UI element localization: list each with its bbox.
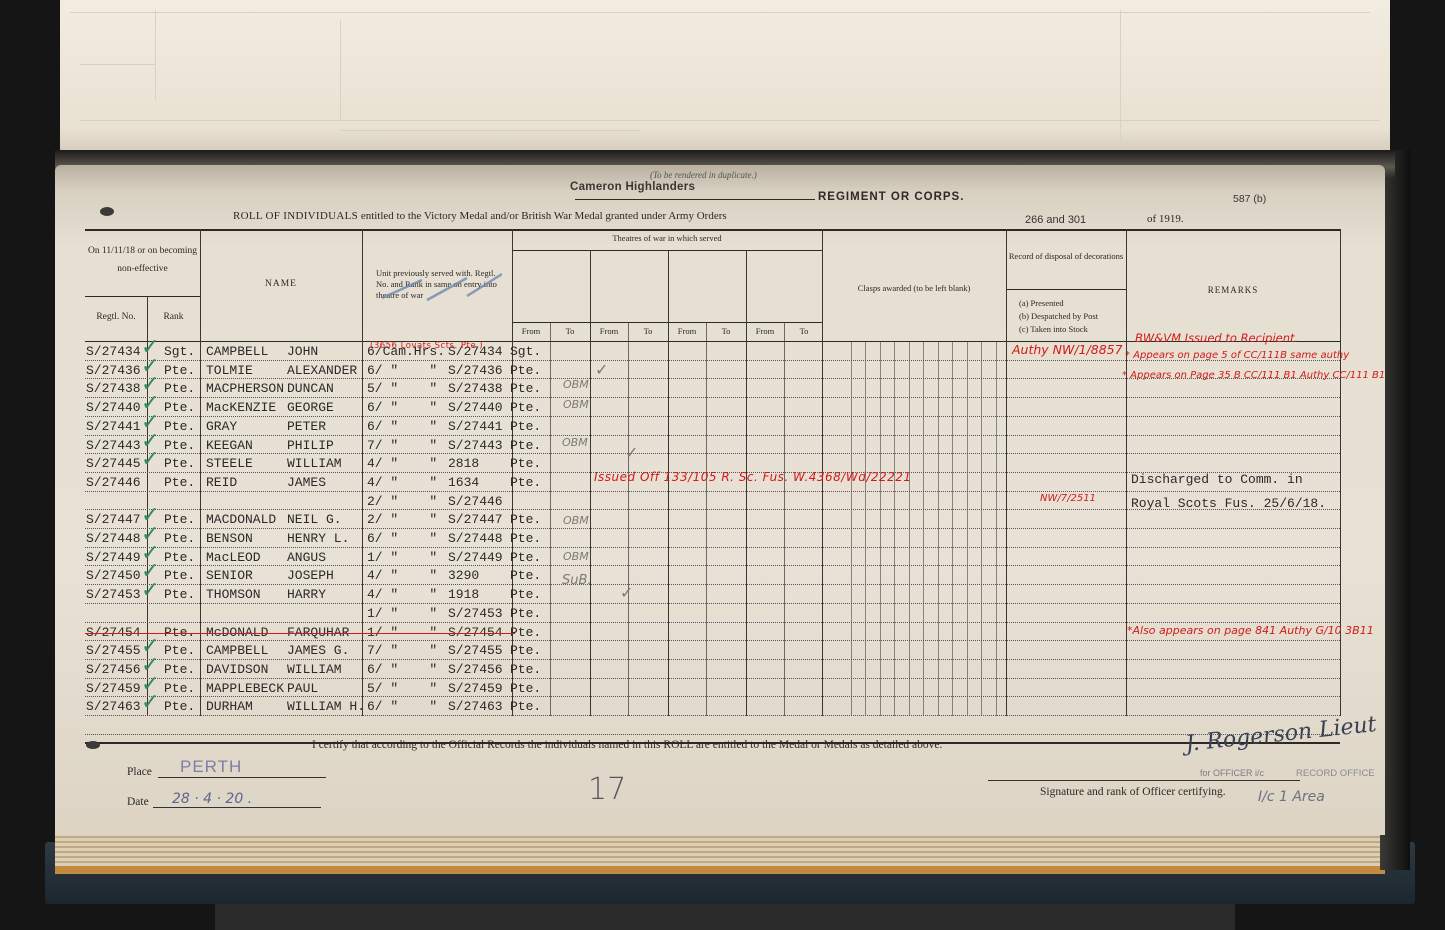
unit-rank: Pte. bbox=[510, 418, 541, 436]
roll-title-bold: ROLL OF INDIVIDUALS bbox=[233, 210, 358, 222]
unit-rank: Pte. bbox=[510, 399, 541, 417]
unit-rank: Pte. bbox=[510, 362, 541, 380]
surname: MACDONALD bbox=[206, 511, 276, 529]
forename: DUNCAN bbox=[287, 380, 334, 398]
regiment-underline bbox=[575, 199, 815, 200]
forename: HENRY L. bbox=[287, 530, 349, 548]
rank: Pte. bbox=[164, 642, 195, 660]
forename: HARRY bbox=[287, 586, 326, 604]
header-theatres: Theatres of war in which served bbox=[512, 233, 822, 243]
table-row: S/27440Pte.MacKENZIEGEORGE6/ " "S/27440P… bbox=[0, 399, 1445, 417]
date-label: Date bbox=[127, 796, 149, 808]
table-row: S/27456Pte.DAVIDSONWILLIAM6/ " "S/27456P… bbox=[0, 661, 1445, 679]
header-non-effective: On 11/11/18 or on becoming non-effective bbox=[85, 242, 200, 278]
reid-issue-line-2: NW/7/2511 bbox=[1040, 493, 1096, 504]
rank: Pte. bbox=[164, 399, 195, 417]
unit: 4/ " " bbox=[367, 567, 437, 585]
header-from: From bbox=[512, 326, 550, 336]
unit-number: S/27453 bbox=[448, 605, 503, 623]
rank: Pte. bbox=[164, 661, 195, 679]
row-rule bbox=[85, 734, 1340, 735]
regtl-no: S/27449 bbox=[86, 549, 141, 567]
pencil-mark: OBM bbox=[563, 398, 589, 411]
regtl-no: S/27446 bbox=[86, 474, 141, 492]
table-row: 1/ " "S/27453Pte. bbox=[0, 605, 1445, 623]
unit: 7/ " " bbox=[367, 437, 437, 455]
rank: Pte. bbox=[164, 698, 195, 716]
army-orders-numbers: 266 and 301 bbox=[1025, 214, 1086, 226]
unit-rank: Pte. bbox=[510, 567, 541, 585]
pencil-mark: SuB. bbox=[562, 573, 592, 588]
reid-issue-line: Issued Off 133/105 R. Sc. Fus. W.4368/Wd… bbox=[594, 470, 912, 484]
table-row: S/27459Pte.MAPPLEBECKPAUL5/ " "S/27459Pt… bbox=[0, 680, 1445, 698]
rank: Pte. bbox=[164, 455, 195, 473]
place-line bbox=[158, 777, 326, 778]
date-line bbox=[153, 807, 321, 808]
unit: 1/ " " bbox=[367, 605, 437, 623]
table-row: S/27441Pte.GRAYPETER6/ " "S/27441Pte.✓ bbox=[0, 418, 1445, 436]
binding-hole bbox=[100, 207, 114, 216]
surname: GRAY bbox=[206, 418, 237, 436]
unit-number: S/27438 bbox=[448, 380, 503, 398]
surname: CAMPBELL bbox=[206, 343, 268, 361]
unit-number: S/27463 bbox=[448, 698, 503, 716]
unit-number: 2818 bbox=[448, 455, 479, 473]
rank: Pte. bbox=[164, 549, 195, 567]
roll-title: ROLL OF INDIVIDUALS entitled to the Vict… bbox=[233, 210, 727, 222]
page-reference: 587 (b) bbox=[1233, 193, 1266, 205]
stamp-officer: for OFFICER i/c bbox=[1200, 768, 1264, 778]
surname: MacKENZIE bbox=[206, 399, 276, 417]
reid-remark-line-2: Royal Scots Fus. 25/6/18. bbox=[1131, 496, 1326, 511]
unit: 6/ " " bbox=[367, 698, 437, 716]
unit: 2/ " " bbox=[367, 493, 437, 511]
unit: 5/ " " bbox=[367, 680, 437, 698]
unit-number: S/27447 bbox=[448, 511, 503, 529]
unit: 6/ " " bbox=[367, 661, 437, 679]
date-value: 28 · 4 · 20 . bbox=[172, 791, 252, 807]
unit-rank: Pte. bbox=[510, 455, 541, 473]
regtl-no: S/27434 bbox=[86, 343, 141, 361]
unit-number: S/27443 bbox=[448, 437, 503, 455]
unit-number: S/27456 bbox=[448, 661, 503, 679]
pencil-mark: OBM bbox=[563, 550, 589, 563]
unit-rank: Pte. bbox=[510, 698, 541, 716]
signature-note: I/c 1 Area bbox=[1258, 789, 1325, 805]
unit-rank: Pte. bbox=[510, 605, 541, 623]
mcdonald-remark: *Also appears on page 841 Authy G/10 3B1… bbox=[1127, 624, 1374, 637]
pencil-tick-icon: ✓ bbox=[625, 443, 638, 462]
unit: 6/ " " bbox=[367, 530, 437, 548]
regtl-no: S/27436 bbox=[86, 362, 141, 380]
surname: CAMPBELL bbox=[206, 642, 268, 660]
unit-number: S/27440 bbox=[448, 399, 503, 417]
unit-rank: Pte. bbox=[510, 380, 541, 398]
surname: STEELE bbox=[206, 455, 253, 473]
surname: SENIOR bbox=[206, 567, 253, 585]
campbell-authority: Authy NW/1/8857 bbox=[1012, 342, 1123, 357]
unit-number: S/27448 bbox=[448, 530, 503, 548]
check-tick-icon: ✓ bbox=[141, 692, 159, 714]
unit-number: 3290 bbox=[448, 567, 479, 585]
header-name: NAME bbox=[200, 275, 362, 293]
forename: PAUL bbox=[287, 680, 318, 698]
rank: Pte. bbox=[164, 380, 195, 398]
rank: Pte. bbox=[164, 680, 195, 698]
surname: MACPHERSON bbox=[206, 380, 284, 398]
rank: Pte. bbox=[164, 437, 195, 455]
surname: MacLEOD bbox=[206, 549, 261, 567]
unit-number: S/27449 bbox=[448, 549, 503, 567]
unit: 7/ " " bbox=[367, 642, 437, 660]
header-rank: Rank bbox=[147, 308, 200, 326]
table-row: S/27447Pte.MACDONALDNEIL G.2/ " "S/27447… bbox=[0, 511, 1445, 529]
unit-rank: Pte. bbox=[510, 642, 541, 660]
forename: PETER bbox=[287, 418, 326, 436]
table-top-rule bbox=[85, 229, 1340, 231]
unit: 2/ " " bbox=[367, 511, 437, 529]
unit: 6/ " " bbox=[367, 399, 437, 417]
roll-title-rest: entitled to the Victory Medal and/or Bri… bbox=[361, 210, 727, 222]
unit-number: 1918 bbox=[448, 586, 479, 604]
check-tick-icon: ✓ bbox=[141, 580, 159, 602]
duplicate-note: (To be rendered in duplicate.) bbox=[650, 170, 757, 180]
surname: TOLMIE bbox=[206, 362, 253, 380]
unit-rank: Pte. bbox=[510, 474, 541, 492]
pencil-mark: OBM bbox=[563, 514, 589, 527]
unit-number: 1634 bbox=[448, 474, 479, 492]
regtl-no: S/27447 bbox=[86, 511, 141, 529]
subheader-rule bbox=[85, 296, 200, 297]
pencil-tick-icon: ✓ bbox=[595, 360, 608, 379]
header-from: From bbox=[590, 326, 628, 336]
rank: Pte. bbox=[164, 362, 195, 380]
unit: 5/ " " bbox=[367, 380, 437, 398]
header-remarks: REMARKS bbox=[1126, 285, 1340, 295]
stamp-record-office: RECORD OFFICE bbox=[1296, 768, 1375, 779]
from-to-rule bbox=[512, 322, 822, 323]
disposal-rule bbox=[1006, 289, 1126, 290]
regtl-no: S/27459 bbox=[86, 680, 141, 698]
forename: PHILIP bbox=[287, 437, 334, 455]
forename: JOSEPH bbox=[287, 567, 334, 585]
unit-rank: Pte. bbox=[510, 586, 541, 604]
header-from: From bbox=[668, 326, 706, 336]
unit-number: S/27446 bbox=[448, 493, 503, 511]
regiment-name: Cameron Highlanders bbox=[570, 181, 695, 193]
forename: JAMES G. bbox=[287, 642, 349, 660]
rank: Pte. bbox=[164, 586, 195, 604]
surname: MAPPLEBECK bbox=[206, 680, 284, 698]
rank: Pte. bbox=[164, 530, 195, 548]
unit: 4/ " " bbox=[367, 474, 437, 492]
table-row: S/27438Pte.MACPHERSONDUNCAN5/ " "S/27438… bbox=[0, 380, 1445, 398]
regtl-no: S/27440 bbox=[86, 399, 141, 417]
previous-page-faded bbox=[60, 0, 1390, 160]
regtl-no: S/27463 bbox=[86, 698, 141, 716]
unit: 4/ " " bbox=[367, 586, 437, 604]
binding-hole bbox=[86, 741, 100, 749]
disposal-options: (a) Presented (b) Despatched by Post (c)… bbox=[1019, 297, 1098, 336]
regtl-no: S/27455 bbox=[86, 642, 141, 660]
forename: JOHN bbox=[287, 343, 318, 361]
disposal-option-b: (b) Despatched by Post bbox=[1019, 310, 1098, 323]
forename: WILLIAM H. bbox=[287, 698, 365, 716]
rank: Pte. bbox=[164, 567, 195, 585]
surname: KEEGAN bbox=[206, 437, 253, 455]
unit: 4/ " " bbox=[367, 455, 437, 473]
disposal-option-c: (c) Taken into Stock bbox=[1019, 323, 1098, 336]
table-row: S/27443Pte.KEEGANPHILIP7/ " "S/27443Pte.… bbox=[0, 437, 1445, 455]
regtl-no: S/27448 bbox=[86, 530, 141, 548]
regtl-no: S/27445 bbox=[86, 455, 141, 473]
rank: Pte. bbox=[164, 511, 195, 529]
surname: DAVIDSON bbox=[206, 661, 268, 679]
header-to: To bbox=[706, 326, 746, 336]
table-row: S/27450Pte.SENIORJOSEPH4/ " "3290Pte.✓ bbox=[0, 567, 1445, 585]
table-row: S/27463Pte.DURHAMWILLIAM H.6/ " "S/27463… bbox=[0, 698, 1445, 716]
header-from: From bbox=[746, 326, 784, 336]
rank: Pte. bbox=[164, 418, 195, 436]
surname: REID bbox=[206, 474, 237, 492]
forename: NEIL G. bbox=[287, 511, 342, 529]
regtl-no: S/27456 bbox=[86, 661, 141, 679]
header-clasps: Clasps awarded (to be left blank) bbox=[822, 283, 1006, 293]
regtl-no: S/27438 bbox=[86, 380, 141, 398]
table-row: S/27448Pte.BENSONHENRY L.6/ " "S/27448Pt… bbox=[0, 530, 1445, 548]
unit-number: S/27459 bbox=[448, 680, 503, 698]
unit-number: S/27436 bbox=[448, 362, 503, 380]
rank: Sgt. bbox=[164, 343, 195, 361]
surname: THOMSON bbox=[206, 586, 261, 604]
unit-rank: Pte. bbox=[510, 549, 541, 567]
unit: 6/ " " bbox=[367, 418, 437, 436]
theatres-rule bbox=[512, 250, 822, 251]
check-tick-icon: ✓ bbox=[141, 449, 159, 471]
signature-caption: Signature and rank of Officer certifying… bbox=[1040, 786, 1226, 798]
tolmie-unit-note: (3656 Lovats Scts. Pte.) bbox=[370, 341, 483, 351]
header-to: To bbox=[628, 326, 668, 336]
unit: 6/ " " bbox=[367, 362, 437, 380]
signature-line bbox=[988, 780, 1300, 781]
header-regtl-no: Regtl. No. bbox=[85, 308, 147, 326]
unit-rank: Pte. bbox=[510, 437, 541, 455]
forename: ALEXANDER bbox=[287, 362, 357, 380]
unit-number: S/27441 bbox=[448, 418, 503, 436]
forename: WILLIAM bbox=[287, 661, 342, 679]
unit: 1/ " " bbox=[367, 549, 437, 567]
header-to: To bbox=[784, 326, 824, 336]
table-row: S/27453Pte.THOMSONHARRY4/ " "1918Pte.✓ bbox=[0, 586, 1445, 604]
header-disposal: Record of disposal of decorations bbox=[1006, 245, 1126, 267]
forename: GEORGE bbox=[287, 399, 334, 417]
rank: Pte. bbox=[164, 474, 195, 492]
table-row: S/27455Pte.CAMPBELLJAMES G.7/ " "S/27455… bbox=[0, 642, 1445, 660]
blue-pencil-strikethrough bbox=[372, 272, 502, 302]
unit-number: S/27455 bbox=[448, 642, 503, 660]
place-stamp: PERTH bbox=[180, 757, 242, 777]
tolmie-remark: * Appears on Page 35 B CC/111 B1 Authy C… bbox=[1122, 370, 1385, 381]
unit-rank: Pte. bbox=[510, 680, 541, 698]
forename: JAMES bbox=[287, 474, 326, 492]
table-row: S/27449Pte.MacLEODANGUS1/ " "S/27449Pte.… bbox=[0, 549, 1445, 567]
certification-text: I certify that according to the Official… bbox=[312, 739, 942, 751]
unit-rank: Sgt. bbox=[510, 343, 541, 361]
orders-year: of 1919. bbox=[1147, 213, 1184, 225]
pencil-mark: OBM bbox=[562, 436, 588, 449]
header-to: To bbox=[550, 326, 590, 336]
disposal-option-a: (a) Presented bbox=[1019, 297, 1098, 310]
regtl-no: S/27450 bbox=[86, 567, 141, 585]
forename: WILLIAM bbox=[287, 455, 342, 473]
reid-remark-line-1: Discharged to Comm. in bbox=[1131, 472, 1303, 487]
regtl-no: S/27441 bbox=[86, 418, 141, 436]
regtl-no: S/27443 bbox=[86, 437, 141, 455]
campbell-remark-issued: BW&VM Issued to Recipient. bbox=[1135, 331, 1298, 345]
pencil-mark: OBM bbox=[563, 378, 589, 391]
campbell-remark-appears: * Appears on page 5 of CC/111B same auth… bbox=[1125, 350, 1349, 361]
regtl-no: S/27453 bbox=[86, 586, 141, 604]
unit-rank: Pte. bbox=[510, 511, 541, 529]
pencil-tick-icon: ✓ bbox=[620, 583, 633, 602]
surname: DURHAM bbox=[206, 698, 253, 716]
surname: BENSON bbox=[206, 530, 253, 548]
page-count-note: 17 bbox=[588, 772, 626, 807]
forename: ANGUS bbox=[287, 549, 326, 567]
unit-rank: Pte. bbox=[510, 530, 541, 548]
regiment-label: REGIMENT OR CORPS. bbox=[818, 191, 964, 203]
unit-rank: Pte. bbox=[510, 661, 541, 679]
place-label: Place bbox=[127, 766, 152, 778]
